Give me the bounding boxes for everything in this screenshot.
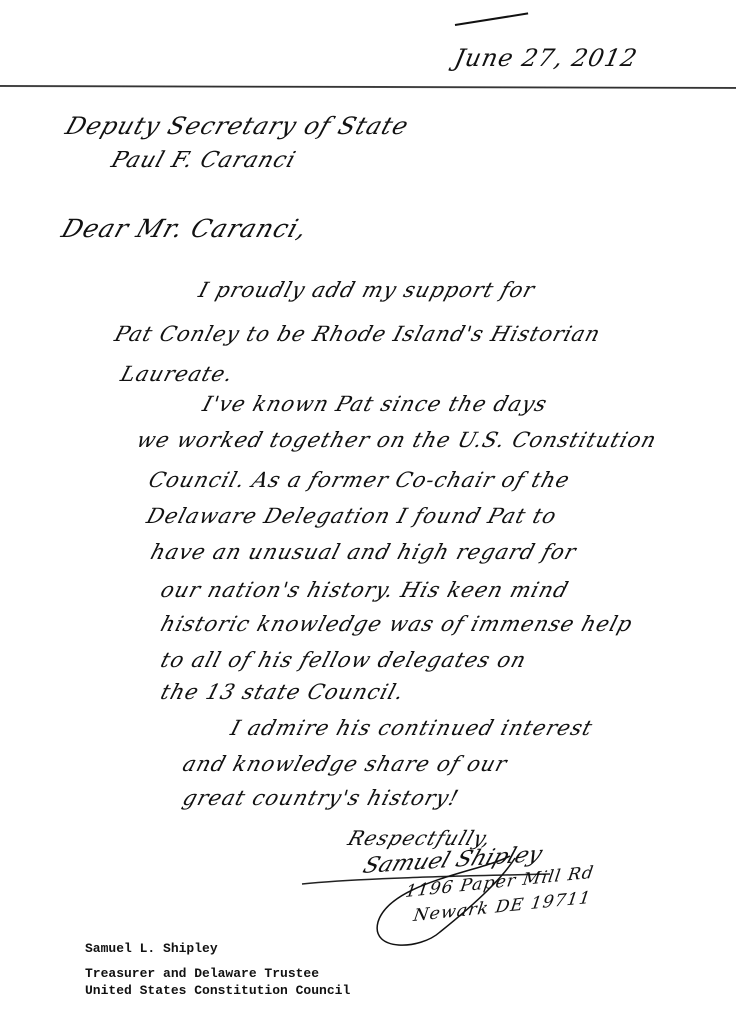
body-line: I proudly add my support for xyxy=(196,278,538,302)
body-line: historic knowledge was of immense help xyxy=(158,612,636,636)
body-line: and knowledge share of our xyxy=(180,752,510,776)
body-line: Delaware Delegation I found Pat to xyxy=(144,504,560,528)
typed-organization: United States Constitution Council xyxy=(85,983,350,998)
body-line: Pat Conley to be Rhode Island's Historia… xyxy=(112,322,604,346)
date-flourish xyxy=(455,12,528,26)
recipient-title: Deputy Secretary of State xyxy=(62,112,413,140)
body-line: to all of his fellow delegates on xyxy=(158,648,529,672)
typed-title: Treasurer and Delaware Trustee xyxy=(85,966,319,981)
typed-name: Samuel L. Shipley xyxy=(85,941,218,956)
body-line: great country's history! xyxy=(180,786,462,810)
salutation: Dear Mr. Caranci, xyxy=(58,214,312,243)
body-line: we worked together on the U.S. Constitut… xyxy=(134,428,660,452)
letter-date: June 27, 2012 xyxy=(452,44,640,72)
recipient-name: Paul F. Caranci xyxy=(108,148,299,173)
body-line: Council. As a former Co-chair of the xyxy=(146,468,573,492)
body-line: our nation's history. His keen mind xyxy=(158,578,572,602)
body-line: I admire his continued interest xyxy=(228,716,596,740)
body-line: have an unusual and high regard for xyxy=(148,540,579,564)
header-rule xyxy=(0,85,736,89)
body-line: the 13 state Council. xyxy=(158,680,407,704)
body-line: I've known Pat since the days xyxy=(200,392,550,416)
body-line: Laureate. xyxy=(118,362,236,386)
letter-page: June 27, 2012 Deputy Secretary of State … xyxy=(0,0,736,1016)
